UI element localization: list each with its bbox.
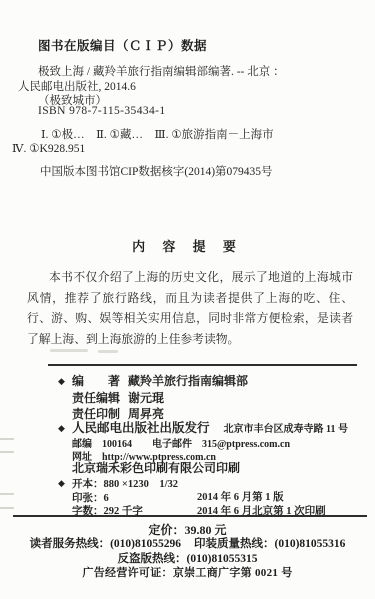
colophon-row-author: ◆编 著藏羚羊旅行指南编辑部 xyxy=(58,372,248,389)
cip-isbn: ISBN 978-7-115-35434-1 xyxy=(38,105,166,117)
diamond-bullet-icon: ◆ xyxy=(58,376,72,387)
divider-bottom xyxy=(13,515,367,517)
scan-artifact xyxy=(0,451,14,453)
book-copyright-page: 图书在版编目（ＣＩＰ）数据 极致上海 / 藏羚羊旅行指南编辑部编著. -- 北京… xyxy=(0,0,375,599)
publisher-name: 人民邮电出版社出版发行 xyxy=(72,421,210,435)
author-value: 藏羚羊旅行指南编辑部 xyxy=(128,374,248,388)
edition-text: 2014 年 6 月第 1 版 xyxy=(197,489,284,504)
cip-record-number: 中国版本图书馆CIP数据核字(2014)第079435号 xyxy=(40,163,273,179)
divider-top xyxy=(48,364,357,366)
scan-artifact xyxy=(0,507,14,509)
diamond-bullet-icon: ◆ xyxy=(58,423,72,434)
colophon-row-format: ◆开本：880 ×1230 1/32 xyxy=(58,476,178,491)
publisher-address: 北京市丰台区成寿寺路 11 号 xyxy=(224,424,348,435)
editor-label: 责任编辑 xyxy=(72,391,120,405)
colophon-row-editor: 责任编辑谢元琨 xyxy=(72,389,164,406)
summary-title: 内 容 提 要 xyxy=(0,236,375,255)
cip-classification-line2: Ⅳ. ①K928.951 xyxy=(12,141,85,155)
ad-license: 广告经营许可证：京崇工商广字第 0021 号 xyxy=(0,564,375,580)
cip-header: 图书在版编目（ＣＩＰ）数据 xyxy=(38,36,207,54)
author-label: 编 著 xyxy=(72,374,120,388)
hotline-row-1: 读者服务热线：(010)81055296印装质量热线：(010)81055316 xyxy=(0,535,375,551)
reader-service-hotline: 读者服务热线：(010)81055296 xyxy=(30,538,181,550)
scan-artifact xyxy=(0,438,14,440)
cip-title-line: 极致上海 / 藏羚羊旅行指南编辑部编著. -- 北京 ： xyxy=(38,63,285,79)
colophon-row-printer: 北京瑞禾彩色印刷有限公司印刷 xyxy=(72,459,240,476)
editor-value: 谢元琨 xyxy=(128,391,164,405)
format-label: 开本： xyxy=(72,479,104,490)
colophon-row-publisher: ◆人民邮电出版社出版发行北京市丰台区成寿寺路 11 号 xyxy=(58,418,348,436)
print-quality-hotline: 印装质量热线：(010)81055316 xyxy=(194,538,345,550)
scan-artifact xyxy=(98,350,118,353)
cip-classification-line1: Ⅰ. ①极… Ⅱ. ①藏… Ⅲ. ①旅游指南－上海市 xyxy=(41,126,274,142)
scan-artifact xyxy=(50,349,88,352)
summary-paragraph: 本书不仅介绍了上海的历史文化，展示了地道的上海城市风情，推荐了旅行路线，而且为读… xyxy=(27,267,353,349)
format-value: 880 ×1230 1/32 xyxy=(104,479,179,490)
scan-artifact xyxy=(0,493,14,495)
diamond-bullet-icon: ◆ xyxy=(58,478,72,489)
